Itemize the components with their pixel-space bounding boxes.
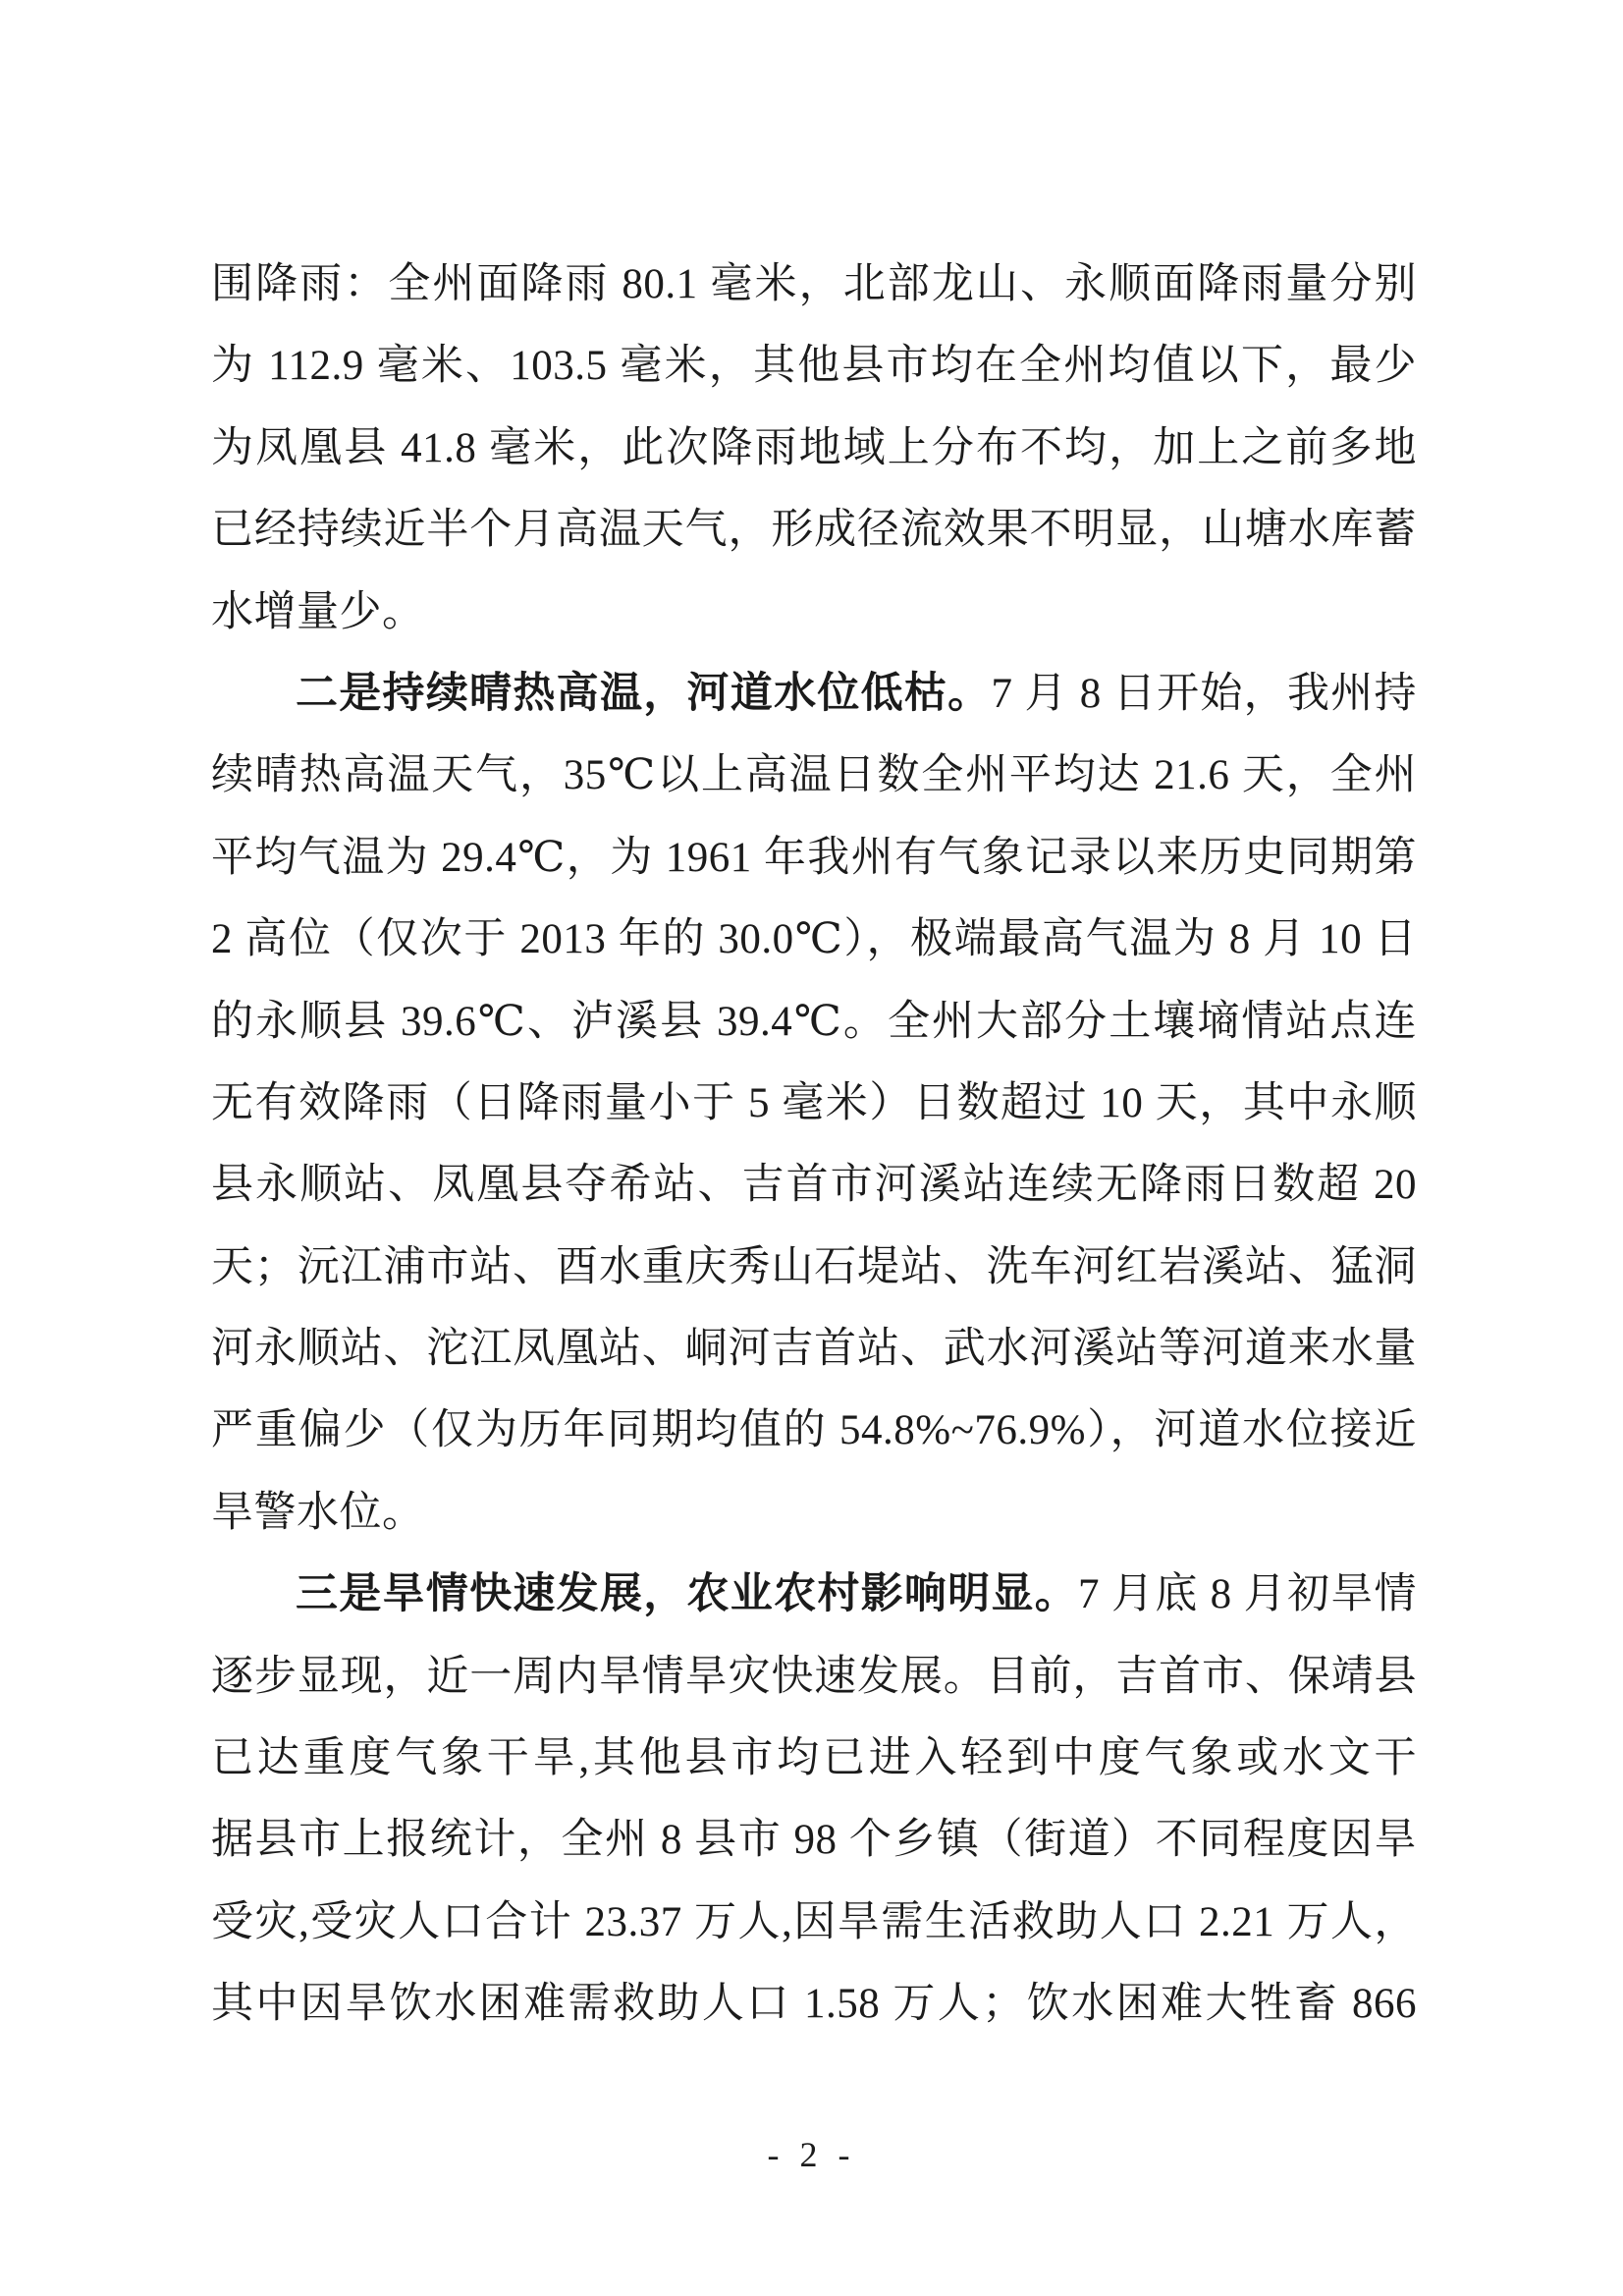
text-line: 已达重度气象干旱,其他县市均已进入轻到中度气象或水文干旱。 xyxy=(211,1718,1417,1799)
text-line: 河永顺站、沱江凤凰站、峒河吉首站、武水河溪站等河道来水量 xyxy=(211,1308,1417,1390)
text-line: 天；沅江浦市站、酉水重庆秀山石堤站、洗车河红岩溪站、猛洞 xyxy=(211,1227,1417,1308)
text-line: 围降雨：全州面降雨 80.1 毫米，北部龙山、永顺面降雨量分别 xyxy=(211,244,1417,325)
text-line: 逐步显现，近一周内旱情旱灾快速发展。目前，吉首市、保靖县 xyxy=(211,1636,1417,1718)
text-line: 的永顺县 39.6℃、泸溪县 39.4℃。全州大部分土壤墒情站点连续 xyxy=(211,981,1417,1063)
text-line-paragraph-end: 水增量少。 xyxy=(211,572,1417,653)
text-line: 2 高位（仅次于 2013 年的 30.0℃），极端最高气温为 8 月 10 日 xyxy=(211,899,1417,980)
text-line: 无有效降雨（日降雨量小于 5 毫米）日数超过 10 天，其中永顺 xyxy=(211,1063,1417,1144)
text-run: 7 月底 8 月初旱情 xyxy=(1078,1571,1417,1617)
text-line-paragraph-start: 二是持续晴热高温，河道水位低枯。7 月 8 日开始，我州持 xyxy=(211,653,1417,735)
text-line-paragraph-end: 旱警水位。 xyxy=(211,1472,1417,1554)
text-line: 续晴热高温天气，35℃以上高温日数全州平均达 21.6 天，全州 xyxy=(211,735,1417,816)
text-line: 为凤凰县 41.8 毫米，此次降雨地域上分布不均，加上之前多地 xyxy=(211,408,1417,489)
text-line-paragraph-start: 三是旱情快速发展，农业农村影响明显。7 月底 8 月初旱情 xyxy=(211,1554,1417,1635)
text-line: 严重偏少（仅为历年同期均值的 54.8%~76.9%），河道水位接近 xyxy=(211,1390,1417,1471)
document-page: 围降雨：全州面降雨 80.1 毫米，北部龙山、永顺面降雨量分别 为 112.9 … xyxy=(0,0,1623,2296)
text-line: 已经持续近半个月高温天气，形成径流效果不明显，山塘水库蓄 xyxy=(211,489,1417,571)
text-line: 受灾,受灾人口合计 23.37 万人,因旱需生活救助人口 2.21 万人， xyxy=(211,1882,1417,1963)
text-line: 县永顺站、凤凰县夺希站、吉首市河溪站连续无降雨日数超 20 xyxy=(211,1144,1417,1226)
text-line: 平均气温为 29.4℃，为 1961 年我州有气象记录以来历史同期第 xyxy=(211,817,1417,899)
text-line: 据县市上报统计，全州 8 县市 98 个乡镇（街道）不同程度因旱 xyxy=(211,1799,1417,1881)
text-line: 为 112.9 毫米、103.5 毫米，其他县市均在全州均值以下，最少 xyxy=(211,325,1417,407)
paragraph-heading-bold: 二是持续晴热高温，河道水位低枯。 xyxy=(296,671,991,717)
text-run: 7 月 8 日开始，我州持 xyxy=(991,671,1417,717)
paragraph-heading-bold: 三是旱情快速发展，农业农村影响明显。 xyxy=(296,1571,1078,1617)
page-number: - 2 - xyxy=(0,2133,1623,2176)
document-body: 围降雨：全州面降雨 80.1 毫米，北部龙山、永顺面降雨量分别 为 112.9 … xyxy=(211,244,1417,2046)
text-line: 其中因旱饮水困难需救助人口 1.58 万人；饮水困难大牲畜 866 xyxy=(211,1963,1417,2045)
